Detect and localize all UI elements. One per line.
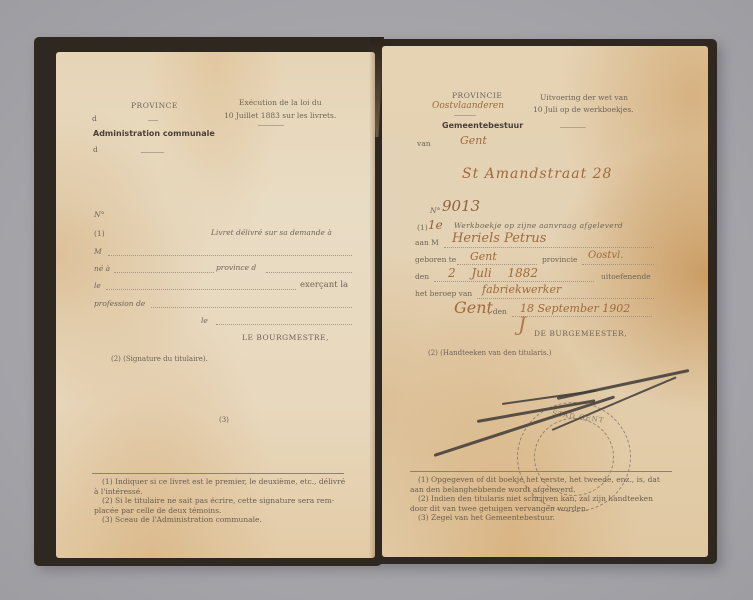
footnote-divider xyxy=(410,471,672,472)
birth-date-line xyxy=(434,281,594,282)
page-edge-shading xyxy=(369,52,375,558)
profession-label: profession de xyxy=(94,300,145,308)
mayor-signature-handwritten: J xyxy=(518,314,526,334)
born-line xyxy=(114,272,214,273)
province-label-2: provincie xyxy=(542,256,577,264)
footnote-divider xyxy=(92,473,344,474)
rule xyxy=(148,120,158,121)
signature-label: (2) (Handteeken van den titularis.) xyxy=(428,350,552,357)
rule xyxy=(258,125,284,126)
rule xyxy=(560,127,586,128)
aan-label: aan M xyxy=(415,239,439,247)
den-label: den xyxy=(415,273,429,281)
ref-1-value: 1e xyxy=(428,219,443,231)
den-label-2: , den xyxy=(488,308,507,316)
admin-d: d xyxy=(93,146,98,154)
cancel-stroke xyxy=(557,369,690,400)
law-line-1: Uitvoering der wet van xyxy=(540,94,628,102)
born-label: geboren te xyxy=(415,256,456,264)
signature-label: (2) (Signature du titulaire). xyxy=(111,356,208,363)
law-line-1: Exécution de la loi du xyxy=(239,99,322,107)
le-label: le xyxy=(201,317,208,325)
law-line-2: 10 Juli op de werkboekjes. xyxy=(533,106,634,114)
van-value-handwritten: Gent xyxy=(460,135,487,146)
born-value-handwritten: Gent xyxy=(470,251,497,262)
footnote-3: (3) Sceau de l'Administration communale. xyxy=(94,515,345,525)
right-page: PROVINCIE Oostvlaanderen Uitvoering der … xyxy=(382,46,708,557)
born-line xyxy=(457,264,537,265)
van-label: van xyxy=(417,140,431,148)
trade-line xyxy=(477,298,654,299)
law-line-2: 10 Juillet 1883 sur les livrets. xyxy=(224,112,336,120)
number-label: N° xyxy=(94,211,104,219)
name-value-handwritten: Heriels Petrus xyxy=(452,232,546,245)
footnote-1b: aan den belanghebbende wordt afgeleverd. xyxy=(410,485,660,495)
footnotes: (1) Opgegeven of dit boekje het eerste, … xyxy=(410,475,660,523)
footnote-2a: (2) Si le titulaire ne sait pas écrire, … xyxy=(94,496,345,506)
ref-1: (1) xyxy=(94,230,105,238)
issue-date-line xyxy=(512,316,652,317)
province-label: PROVINCE xyxy=(131,102,178,110)
practising-label: uitoefenende xyxy=(601,273,651,281)
date-line xyxy=(106,289,296,290)
footnote-2b: placée par celle de deux témoins. xyxy=(94,506,345,516)
admin-label: Administration communale xyxy=(93,130,215,138)
trade-value-handwritten: fabriekwerker xyxy=(482,284,561,295)
province-label: PROVINCIE xyxy=(452,92,502,100)
trade-label: het beroep van xyxy=(415,290,472,298)
footnote-2b: door dit van twee getuigen vervangen wor… xyxy=(410,504,660,514)
left-page: PROVINCE Exécution de la loi du d 10 Jui… xyxy=(56,52,375,558)
footnotes: (1) Indiquer si ce livret est le premier… xyxy=(94,477,345,525)
province-value-2-handwritten: Oostvl. xyxy=(588,251,623,261)
birth-date-handwritten: 2 Juli 1882 xyxy=(448,267,538,279)
address-handwritten: St Amandstraat 28 xyxy=(462,167,612,181)
number-value-handwritten: 9013 xyxy=(442,199,480,214)
issue-date-handwritten: 18 September 1902 xyxy=(520,303,630,314)
exercising-label: exerçant la xyxy=(300,281,348,290)
footnote-2a: (2) Indien den titularis niet schrijven … xyxy=(410,494,660,504)
born-label: né à xyxy=(94,265,110,273)
issued-text: Werkboekje op zijne aanvraag afgeleverd xyxy=(454,222,623,230)
province-d: d xyxy=(92,115,97,123)
m-label: M xyxy=(94,248,102,256)
seal-ref: (3) xyxy=(219,417,229,424)
mayor-label: DE BURGEMEESTER, xyxy=(534,330,627,338)
council-label: Gemeentebestuur xyxy=(442,122,523,130)
footnote-1a: (1) Indiquer si ce livret est le premier… xyxy=(94,477,345,487)
province-d-label: province d xyxy=(216,264,256,272)
le-line xyxy=(216,324,352,325)
profession-line xyxy=(151,307,352,308)
ref-1: (1) xyxy=(417,224,428,232)
number-label: N° xyxy=(430,207,440,215)
issued-text: Livret délivré sur sa demande à xyxy=(211,229,332,237)
rule xyxy=(454,115,476,116)
province-line xyxy=(266,272,352,273)
footnote-3: (3) Zegel van het Gemeentebestuur. xyxy=(410,513,660,523)
name-line xyxy=(444,247,654,248)
name-line xyxy=(108,255,352,256)
rule xyxy=(141,152,164,153)
footnote-1a: (1) Opgegeven of dit boekje het eerste, … xyxy=(410,475,660,485)
footnote-1b: à l'intéressé. xyxy=(94,487,345,497)
province-value-handwritten: Oostvlaanderen xyxy=(432,102,504,111)
date-label: le xyxy=(94,282,101,290)
province-line xyxy=(582,264,654,265)
mayor-label: LE BOURGMESTRE, xyxy=(242,334,329,342)
